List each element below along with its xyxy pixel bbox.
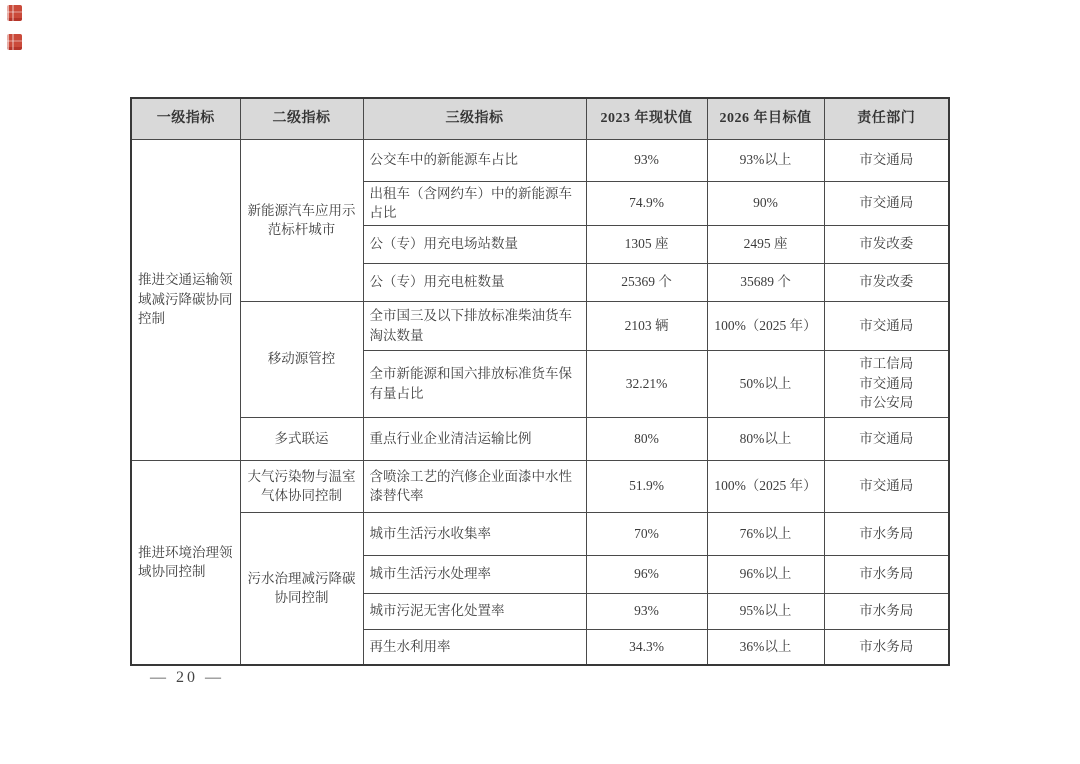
cell-2026-target: 100%（2025 年） — [707, 460, 824, 512]
cell-2026-target: 36%以上 — [707, 629, 824, 665]
cell-dept: 市交通局 — [824, 417, 949, 460]
cell-level2-sewage: 污水治理减污降碳协同控制 — [240, 512, 363, 665]
col-header-2026: 2026 年目标值 — [707, 98, 824, 139]
cell-2023-value: 2103 辆 — [586, 301, 707, 350]
indicator-table: 一级指标 二级指标 三级指标 2023 年现状值 2026 年目标值 责任部门 … — [130, 97, 950, 666]
cell-2026-target: 100%（2025 年） — [707, 301, 824, 350]
cell-2023-value: 96% — [586, 555, 707, 593]
cell-dept: 市发改委 — [824, 263, 949, 301]
table-row: 移动源管控 全市国三及以下排放标准柴油货车淘汰数量 2103 辆 100%（20… — [131, 301, 949, 350]
cell-indicator: 出租车（含网约车）中的新能源车占比 — [363, 181, 586, 225]
cell-2026-target: 76%以上 — [707, 512, 824, 555]
cell-indicator: 城市生活污水处理率 — [363, 555, 586, 593]
cell-indicator: 公交车中的新能源车占比 — [363, 139, 586, 181]
col-header-dept: 责任部门 — [824, 98, 949, 139]
cell-indicator: 全市新能源和国六排放标准货车保有量占比 — [363, 350, 586, 417]
cell-2026-target: 2495 座 — [707, 225, 824, 263]
cell-2023-value: 80% — [586, 417, 707, 460]
cell-indicator: 全市国三及以下排放标准柴油货车淘汰数量 — [363, 301, 586, 350]
cell-2023-value: 25369 个 — [586, 263, 707, 301]
cell-2023-value: 1305 座 — [586, 225, 707, 263]
cell-2026-target: 95%以上 — [707, 593, 824, 629]
col-header-level1: 一级指标 — [131, 98, 240, 139]
cell-dept: 市交通局 — [824, 301, 949, 350]
cell-dept: 市水务局 — [824, 593, 949, 629]
col-header-level3: 三级指标 — [363, 98, 586, 139]
cell-dept: 市水务局 — [824, 555, 949, 593]
col-header-level2: 二级指标 — [240, 98, 363, 139]
cell-2023-value: 32.21% — [586, 350, 707, 417]
cell-2026-target: 80%以上 — [707, 417, 824, 460]
cell-indicator: 再生水利用率 — [363, 629, 586, 665]
cell-2026-target: 35689 个 — [707, 263, 824, 301]
cell-2026-target: 50%以上 — [707, 350, 824, 417]
cell-dept: 市交通局 — [824, 460, 949, 512]
red-pixel-mark-icon — [7, 5, 22, 21]
cell-dept: 市水务局 — [824, 629, 949, 665]
cell-indicator: 城市生活污水收集率 — [363, 512, 586, 555]
cell-2026-target: 96%以上 — [707, 555, 824, 593]
page-number: — 20 — — [150, 669, 224, 687]
cell-level2-mobile-source: 移动源管控 — [240, 301, 363, 417]
table-row: 推进环境治理领域协同控制 大气污染物与温室气体协同控制 含喷涂工艺的汽修企业面漆… — [131, 460, 949, 512]
cell-level2-air-ghg: 大气污染物与温室气体协同控制 — [240, 460, 363, 512]
table-row: 多式联运 重点行业企业清洁运输比例 80% 80%以上 市交通局 — [131, 417, 949, 460]
table-row: 推进交通运输领域减污降碳协同控制 新能源汽车应用示范标杆城市 公交车中的新能源车… — [131, 139, 949, 181]
cell-indicator: 含喷涂工艺的汽修企业面漆中水性漆替代率 — [363, 460, 586, 512]
cell-level2-nev-city: 新能源汽车应用示范标杆城市 — [240, 139, 363, 301]
cell-dept: 市发改委 — [824, 225, 949, 263]
table-header-row: 一级指标 二级指标 三级指标 2023 年现状值 2026 年目标值 责任部门 — [131, 98, 949, 139]
cell-dept: 市交通局 — [824, 181, 949, 225]
cell-2026-target: 93%以上 — [707, 139, 824, 181]
cell-dept: 市交通局 — [824, 139, 949, 181]
cell-level1-environment: 推进环境治理领域协同控制 — [131, 460, 240, 665]
cell-indicator: 公（专）用充电桩数量 — [363, 263, 586, 301]
cell-2026-target: 90% — [707, 181, 824, 225]
cell-indicator: 城市污泥无害化处置率 — [363, 593, 586, 629]
col-header-2023: 2023 年现状值 — [586, 98, 707, 139]
cell-2023-value: 51.9% — [586, 460, 707, 512]
cell-2023-value: 34.3% — [586, 629, 707, 665]
cell-2023-value: 74.9% — [586, 181, 707, 225]
cell-indicator: 公（专）用充电场站数量 — [363, 225, 586, 263]
cell-dept: 市水务局 — [824, 512, 949, 555]
cell-level1-transport: 推进交通运输领域减污降碳协同控制 — [131, 139, 240, 460]
cell-2023-value: 93% — [586, 593, 707, 629]
cell-level2-multimodal: 多式联运 — [240, 417, 363, 460]
cell-2023-value: 93% — [586, 139, 707, 181]
cell-indicator: 重点行业企业清洁运输比例 — [363, 417, 586, 460]
cell-2023-value: 70% — [586, 512, 707, 555]
table-row: 污水治理减污降碳协同控制 城市生活污水收集率 70% 76%以上 市水务局 — [131, 512, 949, 555]
red-pixel-mark-icon — [7, 34, 22, 50]
cell-dept: 市工信局 市交通局 市公安局 — [824, 350, 949, 417]
